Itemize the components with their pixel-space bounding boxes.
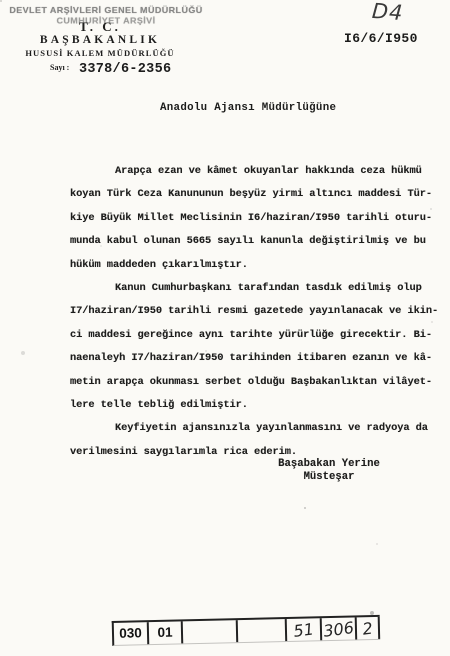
index-box-cell-value: 030 (114, 622, 147, 645)
body-line: verilmesini saygılarımla rica ederim. (70, 441, 442, 464)
letterhead-department: HUSUSİ KALEM MÜDÜRLÜĞÜ (8, 48, 192, 58)
body-line: metin arapça okunması serbet olduğu Başb… (70, 371, 442, 394)
reference-number-label: Sayı : (50, 63, 69, 72)
index-box-cell-value: 01 (149, 621, 181, 644)
body-line: I7/haziran/I950 tarihli resmi gazetede y… (70, 300, 442, 323)
body-line: kiye Büyük Millet Meclisinin I6/haziran/… (70, 207, 442, 230)
body-line: Kanun Cumhurbaşkanı tarafından tasdık ed… (70, 277, 442, 300)
body-line: Arapça ezan ve kâmet okuyanlar hakkında … (70, 160, 442, 183)
body-line: koyan Türk Ceza Kanununun beşyüz yirmi a… (70, 183, 442, 206)
index-box-cell-value: 51 (286, 619, 321, 642)
letterhead-republic: T. C. (60, 19, 140, 35)
index-box-cell-value: 306 (321, 618, 356, 641)
signature-block: Başabakan Yerine Müsteşar (273, 458, 385, 483)
index-box-cell (238, 619, 287, 642)
index-box-cell: 306 (322, 617, 357, 640)
body-line: lere telle tebliğ edilmiştir. (70, 394, 442, 417)
index-box-cell: 01 (149, 621, 183, 644)
scanned-letter-page: DEVLET ARŞİVLERİ GENEL MÜDÜRLÜĞÜ CUMHURİ… (0, 0, 450, 656)
reference-number-row: Sayı : 3378/6-2356 (50, 59, 171, 77)
signature-line1: Başabakan Yerine (273, 458, 385, 471)
signature-line2: Müsteşar (273, 471, 385, 484)
body-line: munda kabul olunan 5665 sayılı kanunla d… (70, 230, 442, 253)
index-box-cell-value (238, 619, 285, 620)
body-line: naenaleyh I7/haziran/I950 tarihinden iti… (70, 347, 442, 370)
handwritten-classification-mark: D4 (371, 0, 404, 25)
salutation: Anadolu Ajansı Müdürlüğüne (160, 102, 336, 114)
index-box-cell-value: 2 (356, 618, 379, 640)
scan-noise (0, 0, 2, 2)
index-box-cell: 51 (287, 618, 322, 641)
reference-number-value: 3378/6-2356 (79, 62, 171, 77)
index-box-cell (183, 620, 238, 643)
letter-body: Arapça ezan ve kâmet okuyanlar hakkında … (70, 160, 442, 464)
index-box-cell: 030 (114, 622, 149, 645)
archive-stamp-line1: DEVLET ARŞİVLERİ GENEL MÜDÜRLÜĞÜ (6, 6, 206, 16)
index-box-cell: 2 (357, 617, 380, 640)
letterhead-office: BAŞBAKANLIK (18, 34, 182, 46)
body-line: ci maddesi gereğince aynı tarihte yürürl… (70, 324, 442, 347)
letter-date: I6/6/I950 (344, 31, 418, 46)
index-box-cell-value (183, 620, 236, 621)
body-line: hüküm maddeden çıkarılmıştır. (70, 254, 442, 277)
archival-index-box: 03001513062 (112, 615, 380, 646)
body-line: Keyfiyetin ajansınızla yayınlanmasını ve… (70, 417, 442, 440)
